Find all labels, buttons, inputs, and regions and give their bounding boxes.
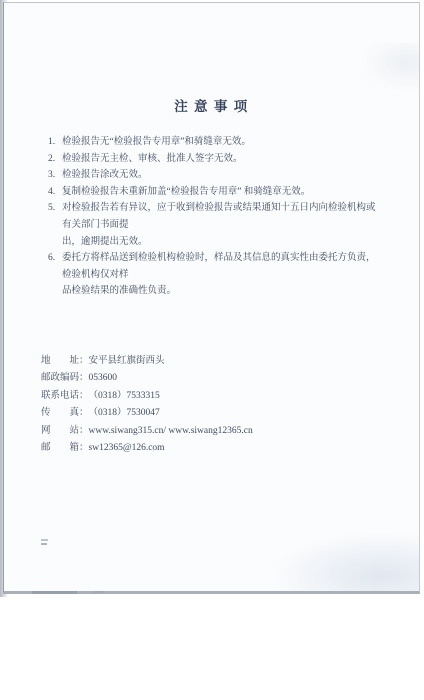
note-item: 5. 对检验报告若有异议，应于收到检验报告或结果通知十五日内向检验机构或有关部门… [48, 200, 380, 250]
contact-label: 联系电话： [41, 388, 89, 405]
contact-label: 地 址： [41, 353, 89, 370]
contact-value: （0318）7533315 [89, 388, 160, 405]
scan-edge-speck [94, 591, 104, 593]
note-number: 6. [48, 250, 62, 300]
note-item: 2. 检验报告无主检、审核、批准人签字无效。 [48, 151, 380, 168]
note-item: 3. 检验报告涂改无效。 [48, 167, 380, 184]
contact-value: 053600 [89, 370, 118, 387]
note-text: 委托方将样品送到检验机构检验时，样品及其信息的真实性由委托方负责，检验机构仅对样… [62, 250, 380, 300]
contact-row-fax: 传 真： （0318）7530047 [41, 405, 371, 422]
contact-value: （0318）7530047 [89, 405, 160, 422]
note-number: 5. [48, 200, 62, 250]
notes-list: 1. 检验报告无“检验报告专用章”和骑缝章无效。 2. 检验报告无主检、审核、批… [48, 134, 380, 300]
note-item: 1. 检验报告无“检验报告专用章”和骑缝章无效。 [48, 134, 380, 151]
note-text: 复制检验报告未重新加盖“检验报告专用章” 和骑缝章无效。 [62, 184, 380, 201]
note-number: 1. [48, 134, 62, 151]
note-number: 4. [48, 184, 62, 201]
contact-row-email: 邮 箱： sw12365@126.com [41, 440, 371, 457]
contact-block: 地 址： 安平县红旗街西头 邮政编码： 053600 联系电话： （0318）7… [41, 353, 371, 457]
contact-label: 网 站： [41, 423, 89, 440]
scan-edge-speck [32, 591, 77, 594]
contact-label: 传 真： [41, 405, 89, 422]
contact-row-phone: 联系电话： （0318）7533315 [41, 388, 371, 405]
note-item: 6. 委托方将样品送到检验机构检验时，样品及其信息的真实性由委托方负责，检验机构… [48, 250, 380, 300]
scan-cloud-artifact [269, 531, 419, 591]
contact-row-address: 地 址： 安平县红旗街西头 [41, 353, 371, 370]
note-text: 检验报告无主检、审核、批准人签字无效。 [62, 151, 380, 168]
contact-label: 邮 箱： [41, 440, 89, 457]
scan-smudge [41, 539, 48, 547]
note-text: 检验报告无“检验报告专用章”和骑缝章无效。 [62, 134, 380, 151]
note-number: 2. [48, 151, 62, 168]
page-title: 注 意 事 项 [4, 95, 419, 115]
contact-value: sw12365@126.com [89, 440, 165, 457]
contact-label: 邮政编码： [41, 370, 89, 387]
contact-value: 安平县红旗街西头 [89, 353, 165, 370]
note-number: 3. [48, 167, 62, 184]
note-text: 对检验报告若有异议，应于收到检验报告或结果通知十五日内向检验机构或有关部门书面提… [62, 200, 380, 250]
note-item: 4. 复制检验报告未重新加盖“检验报告专用章” 和骑缝章无效。 [48, 184, 380, 201]
contact-row-website: 网 站： www.siwang315.cn/ www.siwang12365.c… [41, 423, 371, 440]
contact-row-postcode: 邮政编码： 053600 [41, 370, 371, 387]
note-text: 检验报告涂改无效。 [62, 167, 380, 184]
document-page: 注 意 事 项 1. 检验报告无“检验报告专用章”和骑缝章无效。 2. 检验报告… [3, 2, 420, 594]
scan-cloud-artifact [359, 43, 419, 93]
scanned-document-canvas: { "document": { "title": "注 意 事 项", "not… [0, 0, 424, 700]
contact-value: www.siwang315.cn/ www.siwang12365.cn [89, 423, 253, 440]
